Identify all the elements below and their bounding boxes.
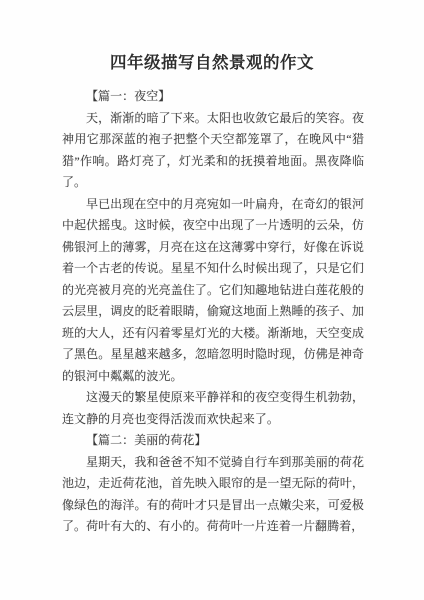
paragraph: 星期天，我和爸爸不知不觉骑自行车到那美丽的荷花池边，走近荷花池，首先映入眼帘的是… [62, 452, 364, 538]
document-title: 四年级描写自然景观的作文 [0, 0, 424, 77]
document-body: 【篇一：夜空】 天，渐渐的暗了下来。太阳也收敛它最后的笑容。夜神用它那深蓝的袍子… [62, 86, 364, 538]
section-heading-2: 【篇二：美丽的荷花】 [62, 430, 364, 452]
section-lotus-flower: 【篇二：美丽的荷花】 星期天，我和爸爸不知不觉骑自行车到那美丽的荷花池边，走近荷… [62, 430, 364, 538]
paragraph: 早已出现在空中的月亮宛如一叶扁舟，在奇幻的银河中起伏摇曳。这时候，夜空中出现了一… [62, 194, 364, 388]
document-page: 四年级描写自然景观的作文 【篇一：夜空】 天，渐渐的暗了下来。太阳也收敛它最后的… [0, 0, 424, 600]
section-heading-1: 【篇一：夜空】 [62, 86, 364, 108]
section-night-sky: 【篇一：夜空】 天，渐渐的暗了下来。太阳也收敛它最后的笑容。夜神用它那深蓝的袍子… [62, 86, 364, 430]
paragraph: 这漫天的繁星使原来平静祥和的夜空变得生机勃勃，连文静的月亮也变得活泼而欢快起来了… [62, 387, 364, 430]
paragraph: 天，渐渐的暗了下来。太阳也收敛它最后的笑容。夜神用它那深蓝的袍子把整个天空都笼罩… [62, 108, 364, 194]
